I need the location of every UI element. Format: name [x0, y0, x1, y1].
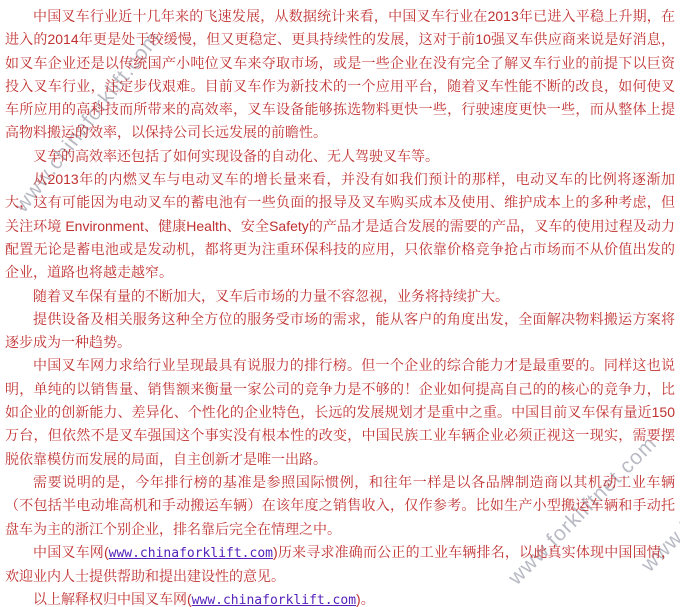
paragraph: 需要说明的是，今年排行榜的基准是参照国际惯例，和往年一样是以各品牌制造商以其机动… — [5, 471, 675, 541]
paragraph: 从2013年的内燃叉车与电动叉车的增长量来看，并没有如我们预计的那样，电动叉车的… — [5, 168, 675, 284]
paragraph: 叉车的高效率还包括了如何实现设备的自动化、无人驾驶叉车等。 — [5, 145, 675, 168]
article-page: www.chinaforklift.comwww.forkliftnet.com… — [0, 0, 680, 607]
paragraph: 中国叉车网力求给行业呈现最具有说服力的排行榜。但一个企业的综合能力才是最重要的。… — [5, 354, 675, 470]
paragraph: 提供设备及相关服务这种全方位的服务受市场的需求，能从客户的角度出发，全面解决物料… — [5, 308, 675, 355]
article-body: 中国叉车行业近十几年来的飞速发展，从数据统计来看，中国叉车行业在2013年已进入… — [0, 0, 680, 607]
paragraph: 以上解释权归中国叉车网(www.chinaforklift.com)。 — [5, 588, 675, 607]
paragraph: 随着叉车保有量的不断加大，叉车后市场的力量不容忽视，业务将持续扩大。 — [5, 285, 675, 308]
chinaforklift-link[interactable]: www.chinaforklift.com — [192, 593, 356, 607]
chinaforklift-link[interactable]: www.chinaforklift.com — [109, 546, 273, 561]
paragraph: 中国叉车网(www.chinaforklift.com)历来寻求准确而公正的工业… — [5, 541, 675, 589]
paragraph: 中国叉车行业近十几年来的飞速发展，从数据统计来看，中国叉车行业在2013年已进入… — [5, 5, 675, 145]
